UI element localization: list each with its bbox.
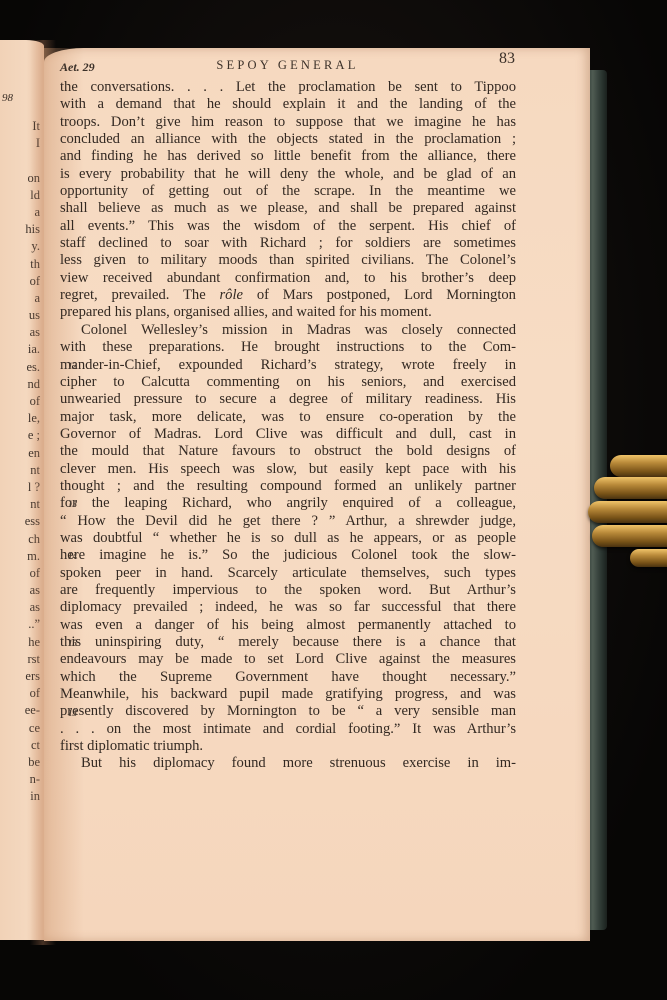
text-line: prepared his plans, organised allies, an…: [60, 304, 516, 321]
text-line: Meanwhile, his backward pupil made grati…: [60, 686, 516, 703]
text-line: the mould that Nature favours to obstruc…: [60, 443, 516, 460]
text-line: presently discovered by Mornington to be…: [60, 703, 516, 720]
margin-reference-number: 12: [68, 361, 77, 371]
text-line: with a demand that he should explain it …: [60, 96, 516, 113]
text-line: cipher to Calcutta commenting on his sen…: [60, 374, 516, 391]
text-line: are frequently impervious to the spoken …: [60, 582, 516, 599]
margin-reference-number: 14: [68, 551, 77, 561]
text-line: regret, prevailed. The rôle of Mars post…: [60, 287, 516, 304]
text-line: here imagine he is.” So the judicious Co…: [60, 547, 516, 564]
text-line: the conversations. . . . Let the proclam…: [60, 79, 516, 96]
text-line: diplomacy prevailed ; indeed, he was so …: [60, 599, 516, 616]
margin-reference-number: 15: [68, 638, 77, 648]
text-line: and finding he has derived so little ben…: [60, 148, 516, 165]
clasp-finger: [594, 477, 667, 499]
text-line: unwearied pressure to secure a degree of…: [60, 391, 516, 408]
text-line: Governor of Madras. Lord Clive was diffi…: [60, 426, 516, 443]
text-line: less given to military moods than spirit…: [60, 252, 516, 269]
text-line: “ How the Devil did he get there ? ” Art…: [60, 513, 516, 530]
text-line: with these preparations. He brought inst…: [60, 339, 516, 356]
italic-word: rôle: [220, 287, 244, 303]
text-line: . . . on the most intimate and cordial f…: [60, 721, 516, 738]
text-line: spoken peer in hand. Scarcely articulate…: [60, 565, 516, 582]
running-head-title: SEPOY GENERAL: [60, 58, 515, 73]
clasp-finger: [588, 501, 667, 523]
text-line: all events.” This was the wisdom of the …: [60, 218, 516, 235]
text-line: endeavours may be made to set Lord Clive…: [60, 651, 516, 668]
text-line: major task, more delicate, was to ensure…: [60, 409, 516, 426]
text-line: mander-in-Chief, expounded Richard’s str…: [60, 357, 516, 374]
text-line: for the leaping Richard, who angrily enq…: [60, 495, 516, 512]
text-line: staff declined to soar with Richard ; fo…: [60, 235, 516, 252]
clasp-finger: [592, 525, 667, 547]
text-line: opportunity of getting out of the scrape…: [60, 183, 516, 200]
left-page-number: 98: [2, 92, 13, 104]
text-line: thought ; and the resulting compound for…: [60, 478, 516, 495]
text-line: clever men. His speech was slow, but eas…: [60, 461, 516, 478]
text-line: was even a danger of his being almost pe…: [60, 617, 516, 634]
text-line: Colonel Wellesley’s mission in Madras wa…: [60, 322, 516, 339]
clasp-finger: [610, 455, 667, 477]
brass-hand-clasp: [588, 455, 667, 570]
text-line: is every probability that he will deny t…: [60, 166, 516, 183]
page-body-text: the conversations. . . . Let the proclam…: [60, 79, 516, 773]
margin-reference-number: 13: [68, 499, 77, 509]
text-line: concluded an alliance with the objects s…: [60, 131, 516, 148]
text-line: this uninspiring duty, “ merely because …: [60, 634, 516, 651]
text-line: shall believe as much as we please, and …: [60, 200, 516, 217]
margin-reference-number: 13: [68, 708, 77, 718]
text-line: But his diplomacy found more strenuous e…: [60, 755, 516, 772]
text-line: first diplomatic triumph.: [60, 738, 516, 755]
text-line: view received abundant confirmation and,…: [60, 270, 516, 287]
text-line: which the Supreme Government have though…: [60, 669, 516, 686]
text-line: was doubtful “ whether he is so dull as …: [60, 530, 516, 547]
text-line: troops. Don’t give him reason to suppose…: [60, 114, 516, 131]
page-number: 83: [499, 50, 515, 68]
clasp-thumb: [630, 549, 667, 567]
running-head: Aet. 29 SEPOY GENERAL 83: [60, 54, 515, 74]
